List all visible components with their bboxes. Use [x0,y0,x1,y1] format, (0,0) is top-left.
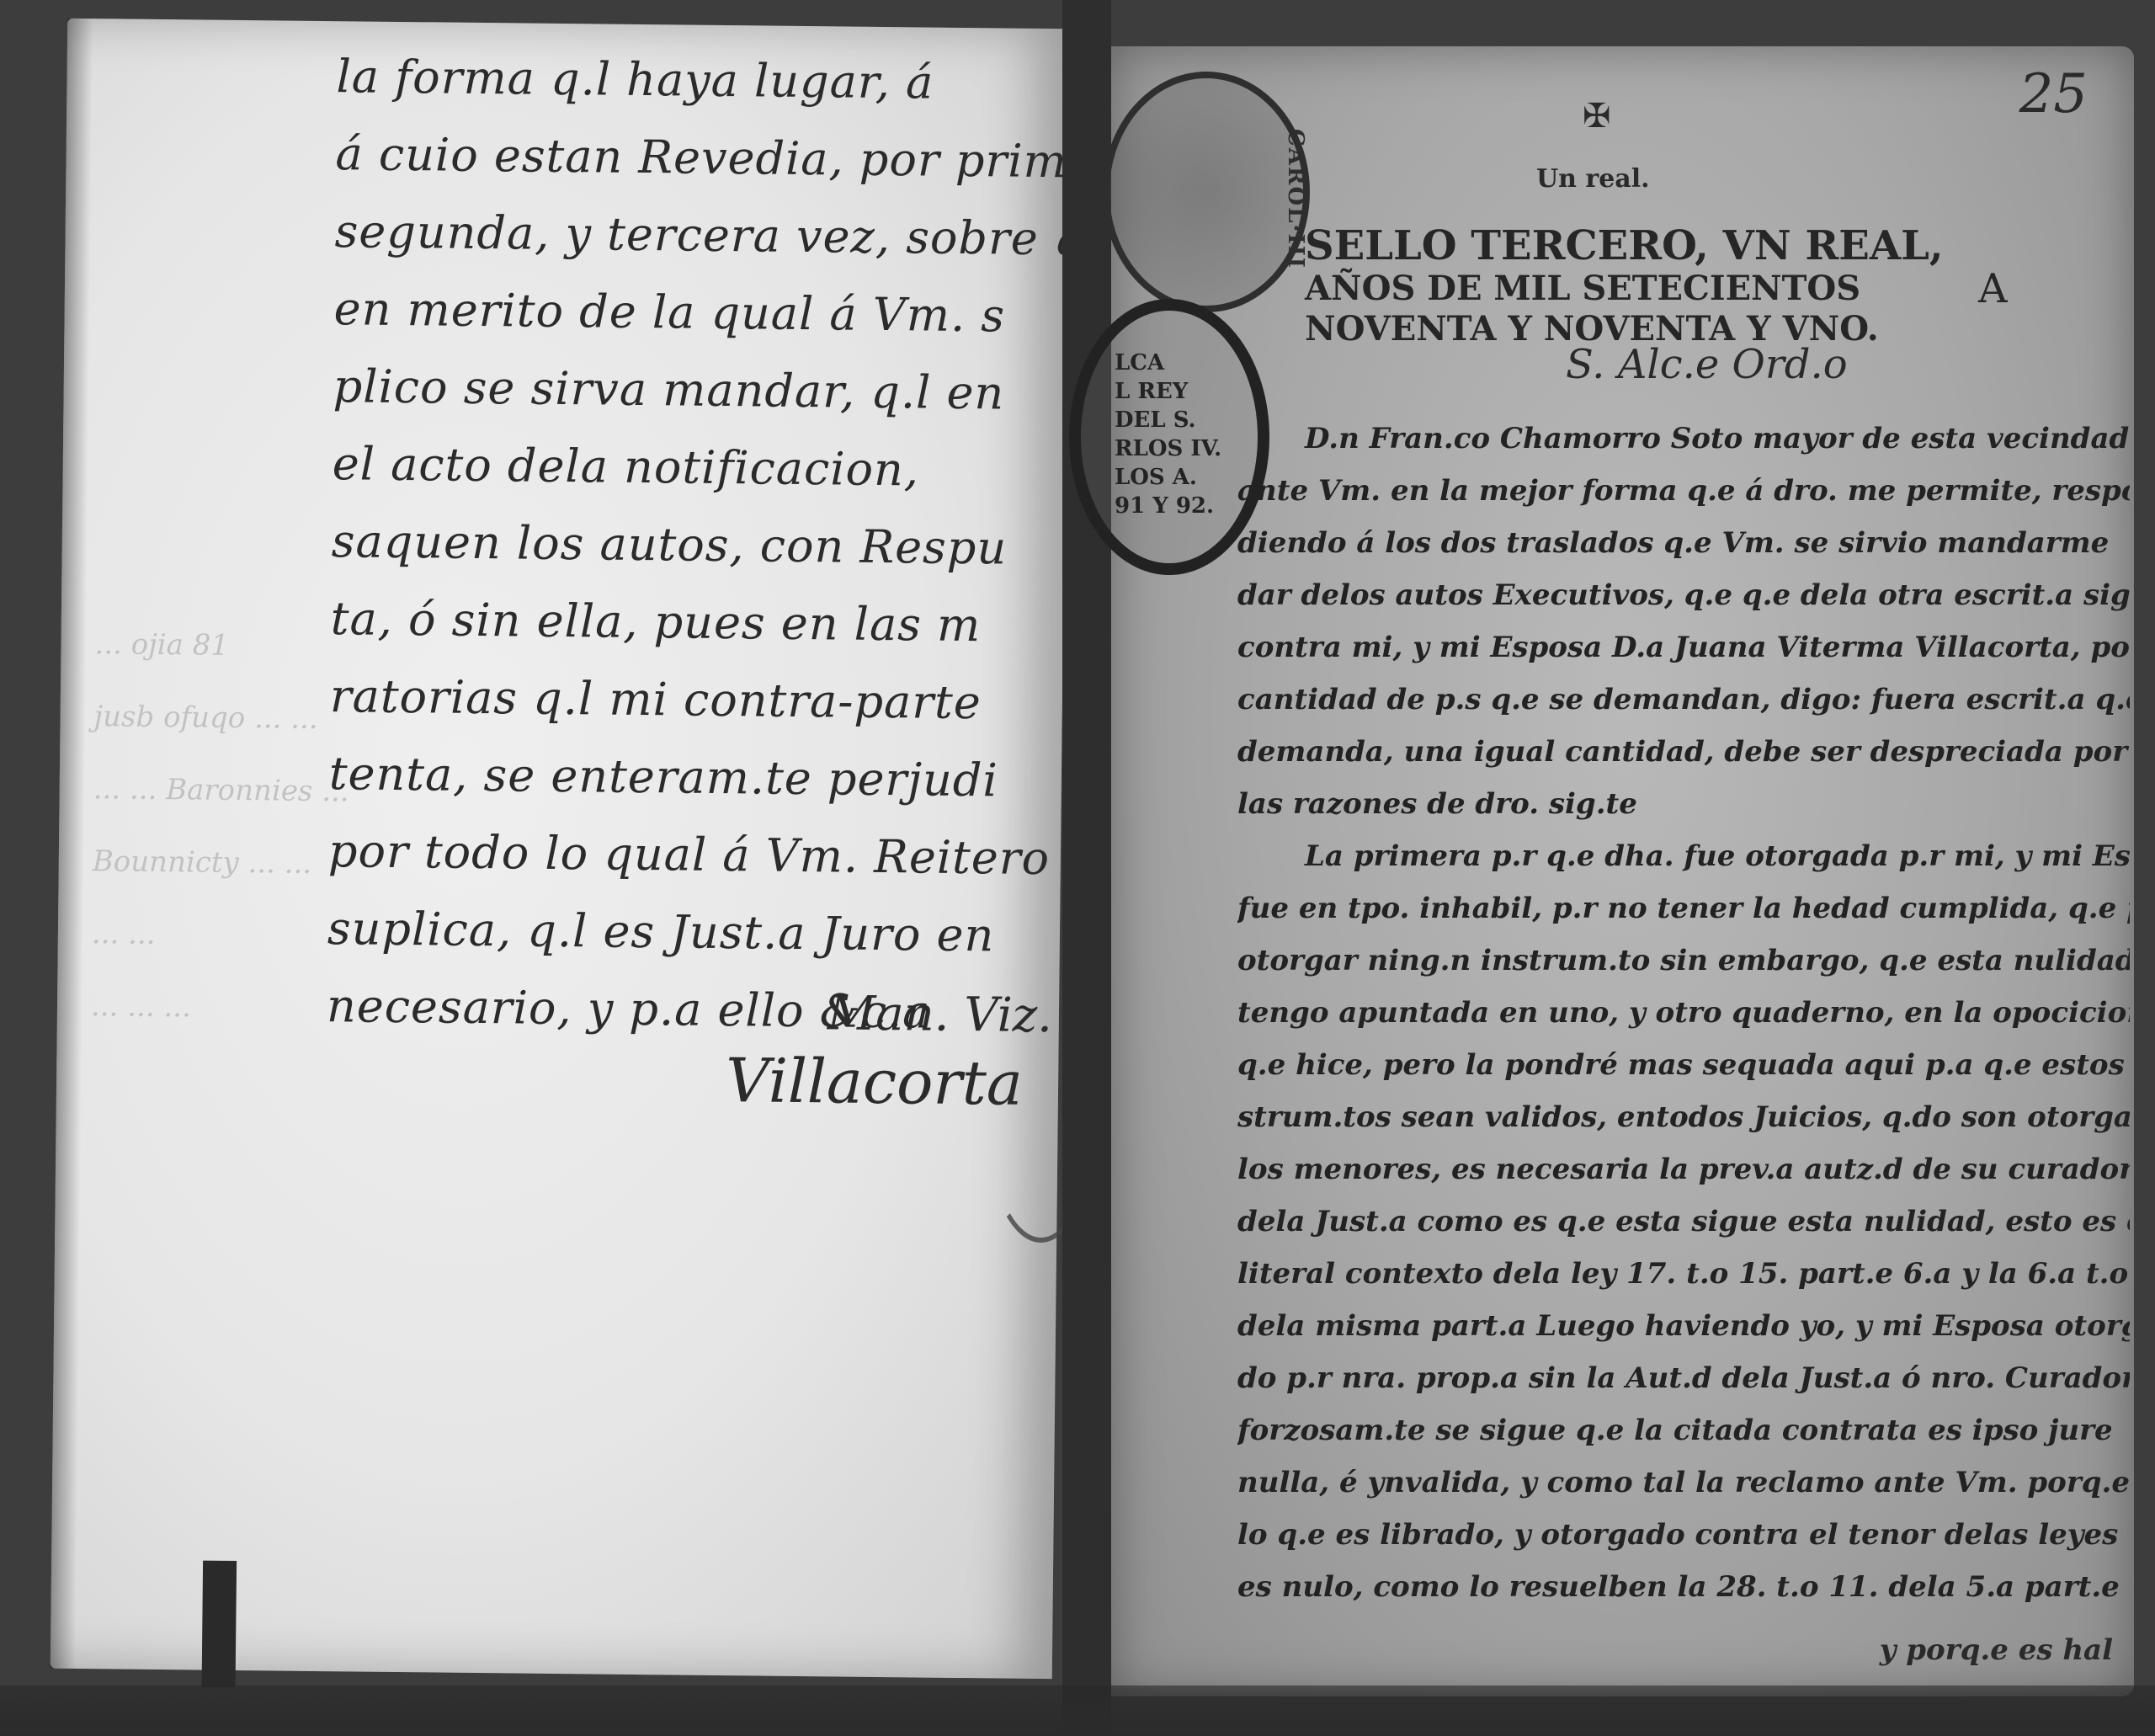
stamped-paper-header: SELLO TERCERO, VN REAL, AÑOS DE MIL SETE… [1305,223,2037,349]
manuscript-line: demanda, una igual cantidad, debe ser de… [1237,726,2130,778]
page-edge-shadow [51,19,93,1669]
cross-icon: ✠ [1583,97,1611,136]
manuscript-line: los menores, es necesaria la prev.a autz… [1237,1143,2130,1195]
manuscript-line: en merito de la qual á Vm. s [333,270,1092,355]
header-line: SELLO TERCERO, VN REAL, [1305,223,2037,269]
manuscript-line: dela Just.a como es q.e esta sigue esta … [1237,1195,2130,1248]
scan-bottom-shadow [0,1685,2155,1736]
stamp-value: Un real. [1536,164,1650,194]
folio-number: 25 [2019,63,2088,125]
manuscript-line: la forma q.l haya lugar, á [336,38,1094,123]
stamp-line: RLOS IV. [1115,434,1221,463]
manuscript-line: cantidad de p.s q.e se demandan, digo: f… [1237,674,2130,726]
manuscript-line: nulla, é ynvalida, y como tal la reclamo… [1237,1456,2130,1509]
manuscript-line: suplica, q.l es Just.a Juro en [327,890,1086,975]
manuscript-line: segunda, y tercera vez, sobre q [334,193,1093,278]
right-page: 25 ✠ Un real. CAROL·III LCA L REY DEL S.… [1111,46,2134,1696]
manuscript-line: las razones de dro. sig.te [1237,778,2130,830]
manuscript-line: strum.tos sean validos, entodos Juicios,… [1237,1091,2130,1143]
manuscript-line: por todo lo qual á Vm. Reitero m [327,812,1086,897]
stamp-line: 91 Y 92. [1115,492,1221,520]
right-page-text: D.n Fran.co Chamorro Soto mayor de esta … [1237,413,2130,1613]
stamp-line: LOS A. [1115,463,1221,492]
manuscript-line: literal contexto dela ley 17. t.o 15. pa… [1237,1248,2130,1300]
left-page: ... ojia 81 jusb ofuqo ... ... ... ... B… [51,19,1069,1679]
manuscript-line: dar delos autos Executivos, q.e q.e dela… [1237,569,2130,621]
manuscript-line: La primera p.r q.e dha. fue otorgada p.r… [1237,830,2130,882]
closing-fragment: y porq.e es hal [1880,1633,2113,1667]
stamp-lines: LCA L REY DEL S. RLOS IV. LOS A. 91 Y 92… [1115,349,1221,520]
scan-background: ... ojia 81 jusb ofuqo ... ... ... ... B… [0,0,2155,1736]
manuscript-line: q.e hice, pero la pondré mas sequada aqu… [1237,1039,2130,1091]
manuscript-line: ratorias q.l mi contra-parte [329,658,1088,743]
signature-line-1: Man. Viz. [827,986,1053,1043]
stamp-line: LCA [1115,349,1221,377]
manuscript-line: do p.r nra. prop.a sin la Aut.d dela Jus… [1237,1352,2130,1404]
manuscript-line: diendo á los dos traslados q.e Vm. se si… [1237,517,2130,569]
manuscript-line: lo q.e es librado, y otorgado contra el … [1237,1509,2130,1561]
header-mark: A [1978,265,2008,312]
stamp-line: DEL S. [1115,406,1221,434]
manuscript-line: plico se sirva mandar, q.l en [333,348,1091,433]
book-gutter [1062,0,1111,1736]
manuscript-line: ante Vm. en la mejor forma q.e á dro. me… [1237,465,2130,517]
manuscript-line: D.n Fran.co Chamorro Soto mayor de esta … [1237,413,2130,465]
binding-tab [202,1561,237,1687]
salutation: S. Alc.e Ord.o [1566,341,1848,388]
manuscript-line: dela misma part.a Luego haviendo yo, y m… [1237,1300,2130,1352]
manuscript-line: el acto dela notificacion, [332,425,1090,510]
manuscript-line: es nulo, como lo resuelben la 28. t.o 11… [1237,1561,2130,1613]
stamp-line: L REY [1115,377,1221,406]
manuscript-line: á cuio estan Revedia, por prim [335,115,1093,200]
royal-seal-stamp-icon: CAROL·III [1103,72,1310,312]
left-page-text: la forma q.l haya lugar, á á cuio estan … [327,38,1094,1052]
manuscript-line: tengo apuntada en uno, y otro quaderno, … [1237,987,2130,1039]
manuscript-line: ta, ó sin ella, pues en las m [330,580,1088,665]
manuscript-line: contra mi, y mi Esposa D.a Juana Viterma… [1237,621,2130,674]
manuscript-line: fue en tpo. inhabil, p.r no tener la hed… [1237,882,2130,935]
manuscript-line: tenta, se enteram.te perjudi [328,735,1087,820]
manuscript-line: forzosam.te se sigue q.e la citada contr… [1237,1404,2130,1456]
manuscript-line: otorgar ning.n instrum.to sin embargo, q… [1237,935,2130,987]
header-line: AÑOS DE MIL SETECIENTOS [1305,269,2037,309]
manuscript-line: saquen los autos, con Respu [331,503,1089,588]
